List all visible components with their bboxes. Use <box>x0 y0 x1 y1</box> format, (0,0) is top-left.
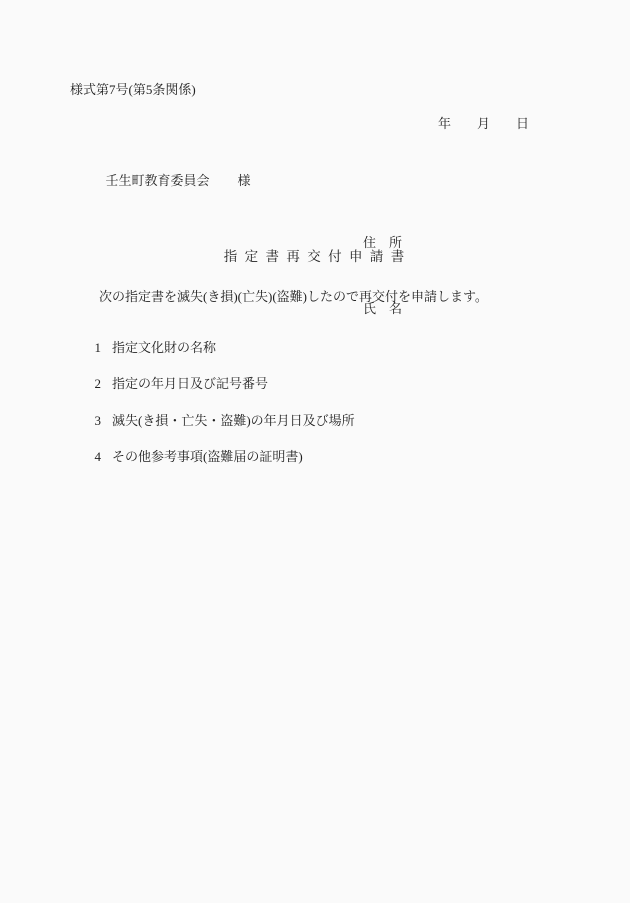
item-number: 2 <box>95 376 102 391</box>
document-page: { "page": { "form_number": "様式第7号(第5条関係)… <box>0 0 630 903</box>
item-number: 4 <box>95 449 102 464</box>
list-item: 3滅失(き損・亡失・盗難)の年月日及び場所 <box>88 394 355 429</box>
item-number: 1 <box>95 340 102 355</box>
list-item: 1指定文化財の名称 <box>88 321 216 356</box>
list-item: 2指定の年月日及び記号番号 <box>88 357 268 392</box>
addressee-line: 壬生町教育委員会様 <box>99 154 251 189</box>
item-text: その他参考事項(盗難届の証明書) <box>112 449 303 464</box>
item-text: 指定文化財の名称 <box>112 340 216 355</box>
document-title: 指 定 書 再 交 付 申 請 書 <box>0 245 630 265</box>
item-text: 滅失(き損・亡失・盗難)の年月日及び場所 <box>112 413 355 428</box>
item-number: 3 <box>95 413 102 428</box>
body-text: 次の指定書を滅失(き損)(亡失)(盗難)したので再交付を申請します。 <box>99 286 488 305</box>
date-line: 年 月 日 <box>438 113 529 132</box>
form-number: 様式第7号(第5条関係) <box>70 79 196 98</box>
list-item: 4その他参考事項(盗難届の証明書) <box>88 430 303 465</box>
applicant-block: 住 所 氏 名 <box>363 188 402 342</box>
item-text: 指定の年月日及び記号番号 <box>112 376 268 391</box>
addressee-honorific: 様 <box>238 173 251 188</box>
addressee-name: 壬生町教育委員会 <box>106 173 210 188</box>
